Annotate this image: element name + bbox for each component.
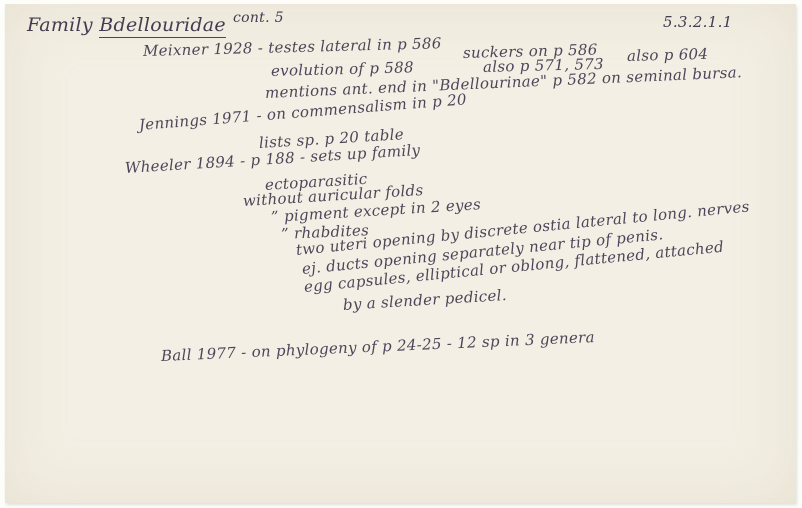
continuation-label: cont. 5: [233, 10, 284, 26]
family-name: Bdellouridae: [99, 14, 226, 38]
index-card: Family Bdellouridae cont. 5 5.3.2.1.1 Me…: [5, 4, 796, 503]
ball-line1: Ball 1977 - on phylogeny of p 24-25 - 12…: [161, 328, 596, 365]
family-label: Family: [27, 14, 93, 36]
meixner-line2a: evolution of p 588: [271, 58, 414, 80]
family-heading: Family Bdellouridae: [27, 14, 226, 36]
meixner-line1c: also p 604: [627, 45, 709, 65]
wheeler-line9: by a slender pedicel.: [342, 286, 507, 314]
meixner-line1a: Meixner 1928 - testes lateral in p 586: [143, 34, 442, 60]
catalog-number: 5.3.2.1.1: [663, 13, 733, 31]
